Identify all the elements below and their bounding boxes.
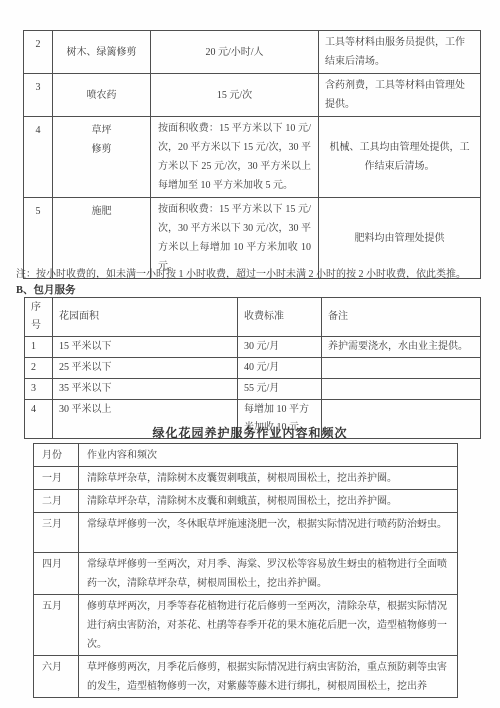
service-name: 喷农药 xyxy=(53,74,151,117)
column-header: 序号 xyxy=(25,298,53,337)
monthly-price-table: 序号 花园面积 收费标准 备注 1 15 平米以下 30 元/月 养护需要浇水，… xyxy=(24,297,481,439)
table-header-row: 序号 花园面积 收费标准 备注 xyxy=(25,298,481,337)
content-cell: 清除草坪杂草，清除树木皮囊贺刺哦茧，树根周围松土，挖出养护圈。 xyxy=(79,467,458,490)
column-header: 花园面积 xyxy=(53,298,238,337)
price-cell: 按面积收费：15 平方米以下 10 元/次，20 平方米以下 15 元/次，30… xyxy=(151,117,319,198)
table-row: 一月 清除草坪杂草，清除树木皮囊贺刺哦茧，树根周围松土，挖出养护圈。 xyxy=(34,467,458,490)
note-cell xyxy=(322,358,481,379)
table-row: 五月 修剪草坪两次，月季等春花植物进行花后修剪一至两次，清除杂草，根据实际情况进… xyxy=(34,595,458,656)
row-number: 4 xyxy=(24,117,53,198)
month-cell: 六月 xyxy=(34,656,79,698)
note-cell: 含药剂费，工具等材料由管理处提供。 xyxy=(319,74,481,117)
note-cell: 养护需要浇水，水由业主提供。 xyxy=(322,337,481,358)
content-cell: 修剪草坪两次，月季等春花植物进行花后修剪一至两次，清除杂草，根据实际情况进行病虫… xyxy=(79,595,458,656)
price-cell: 40 元/月 xyxy=(238,358,322,379)
content-cell: 常绿草坪修剪一次，冬休眠草坪施速浇肥一次，根据实际情况进行喷药防治蚜虫。 xyxy=(79,513,458,553)
column-header: 备注 xyxy=(322,298,481,337)
row-number: 2 xyxy=(24,31,53,74)
garden-area: 35 平米以下 xyxy=(53,379,238,400)
table-row: 2 25 平米以下 40 元/月 xyxy=(25,358,481,379)
hourly-billing-footnote: 注：按小时收费的，如未满一小时按 1 小时收费，超过一小时未满 2 小时的按 2… xyxy=(16,268,496,281)
note-cell: 机械、工具均由管理处提供，工作结束后清场。 xyxy=(319,117,481,198)
table-row: 3 35 平米以下 55 元/月 xyxy=(25,379,481,400)
table-row: 5 施肥 按面积收费：15 平方米以下 15 元/次，30 平方米以下 30 元… xyxy=(24,198,481,279)
price-cell: 55 元/月 xyxy=(238,379,322,400)
table-row: 2 树木、绿篱修剪 20 元/小时/人 工具等材料由服务员提供，工作结束后清场。 xyxy=(24,31,481,74)
table-row: 四月 常绿草坪修剪一至两次，对月季、海棠、罗汉松等容易放生蚜虫的植物进行全面喷药… xyxy=(34,553,458,595)
month-cell: 四月 xyxy=(34,553,79,595)
row-number: 3 xyxy=(24,74,53,117)
column-header: 月份 xyxy=(34,444,79,467)
content-cell: 常绿草坪修剪一至两次，对月季、海棠、罗汉松等容易放生蚜虫的植物进行全面喷药一次，… xyxy=(79,553,458,595)
table-row: 3 喷农药 15 元/次 含药剂费，工具等材料由管理处提供。 xyxy=(24,74,481,117)
price-cell: 30 元/月 xyxy=(238,337,322,358)
service-price-table: 2 树木、绿篱修剪 20 元/小时/人 工具等材料由服务员提供，工作结束后清场。… xyxy=(23,30,481,279)
note-cell: 肥料均由管理处提供 xyxy=(319,198,481,279)
schedule-table: 月份 作业内容和频次 一月 清除草坪杂草，清除树木皮囊贺刺哦茧，树根周围松土，挖… xyxy=(33,443,458,698)
price-cell: 按面积收费：15 平方米以下 15 元/次，30 平方米以下 30 元/次，30… xyxy=(151,198,319,279)
row-number: 1 xyxy=(25,337,53,358)
price-cell: 20 元/小时/人 xyxy=(151,31,319,74)
table-row: 4 草坪 修剪 按面积收费：15 平方米以下 10 元/次，20 平方米以下 1… xyxy=(24,117,481,198)
table-row: 1 15 平米以下 30 元/月 养护需要浇水，水由业主提供。 xyxy=(25,337,481,358)
table-header-row: 月份 作业内容和频次 xyxy=(34,444,458,467)
service-name: 施肥 xyxy=(53,198,151,279)
month-cell: 五月 xyxy=(34,595,79,656)
month-cell: 三月 xyxy=(34,513,79,553)
content-cell: 清除草坪杂草，清除树木皮囊和刺蛾茧，树根周围松土，挖出养护圈。 xyxy=(79,490,458,513)
note-cell: 工具等材料由服务员提供，工作结束后清场。 xyxy=(319,31,481,74)
row-number: 5 xyxy=(24,198,53,279)
table-row: 三月 常绿草坪修剪一次，冬休眠草坪施速浇肥一次，根据实际情况进行喷药防治蚜虫。 xyxy=(34,513,458,553)
month-cell: 一月 xyxy=(34,467,79,490)
price-cell: 15 元/次 xyxy=(151,74,319,117)
column-header: 收费标准 xyxy=(238,298,322,337)
note-cell xyxy=(322,379,481,400)
garden-area: 15 平米以下 xyxy=(53,337,238,358)
document-page: 2 树木、绿篱修剪 20 元/小时/人 工具等材料由服务员提供，工作结束后清场。… xyxy=(0,0,500,708)
garden-area: 25 平米以下 xyxy=(53,358,238,379)
column-header: 作业内容和频次 xyxy=(79,444,458,467)
row-number: 2 xyxy=(25,358,53,379)
content-cell: 草坪修剪两次，月季花后修剪，根据实际情况进行病虫害防治，重点预防刺等虫害的发生，… xyxy=(79,656,458,698)
monthly-section-heading: B、包月服务 xyxy=(16,282,76,297)
schedule-title: 绿化花园养护服务作业内容和频次 xyxy=(0,424,500,441)
month-cell: 二月 xyxy=(34,490,79,513)
row-number: 3 xyxy=(25,379,53,400)
service-name: 树木、绿篱修剪 xyxy=(53,31,151,74)
table-row: 六月 草坪修剪两次，月季花后修剪，根据实际情况进行病虫害防治，重点预防刺等虫害的… xyxy=(34,656,458,698)
service-name: 草坪 修剪 xyxy=(53,117,151,198)
table-row: 二月 清除草坪杂草，清除树木皮囊和刺蛾茧，树根周围松土，挖出养护圈。 xyxy=(34,490,458,513)
